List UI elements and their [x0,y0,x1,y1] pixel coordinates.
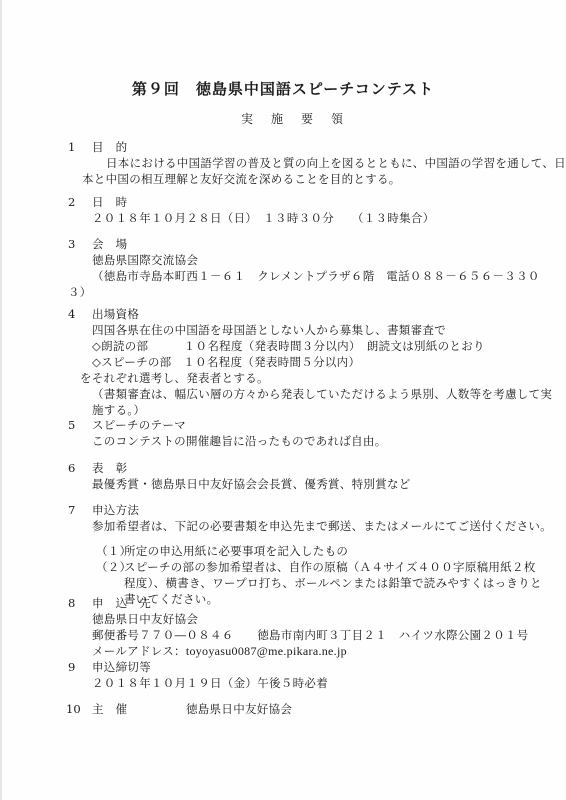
section-text: （徳島市寺島本町西１－６１ クレメントプラザ６階 電話０８８－６５６－３３０ [92,269,540,283]
section-heading: スピーチのテーマ [92,418,186,432]
section-heading: 主 催 [92,702,127,716]
document-title: 第９回 徳島県中国語スピーチコンテスト [0,78,566,99]
section-number: 7 [68,503,75,517]
section-text: ２０１８年１０月１９日（金）午後５時必着 [92,676,328,690]
section-number: 9 [68,660,75,674]
section-number: 8 [68,596,75,610]
section-number: 10 [66,702,81,716]
section-heading: 表 彰 [92,461,127,475]
section-number: 2 [68,195,75,209]
section-text: をそれぞれ選考し、発表者とする。 [80,371,269,385]
section-heading: 申 込 先 [92,596,151,610]
email-address[interactable]: toyoyasu0087@me.pikara.ne.jp [186,644,347,658]
item-text: スピーチの部の参加希望者は、自作の原稿（Ａ４サイズ４００字原稿用紙２枚 [124,560,536,574]
organizer-name: 徳島県日中友好協会 [186,702,292,716]
section-text: ２０１８年１０月２８日（日） １３時３０分 （１３時集合） [92,211,435,225]
section-number: 6 [68,461,75,475]
section-text: 施する。） [92,403,145,417]
section-heading: 申込締切等 [92,660,151,674]
section-text: 日本における中国語学習の普及と質の向上を図るとともに、中国語の学習を通して、日 [106,156,566,170]
item-text: 所定の申込用紙に必要事項を記入したもの [124,544,348,558]
section-number: 3 [68,237,75,251]
section-text: 徳島県日中友好協会 [92,612,198,626]
section-text: 四国各県在住の中国語を母国語としない人から募集し、書類審査で [92,323,446,337]
section-number: 4 [68,307,75,321]
section-heading: 日 時 [92,195,127,209]
section-text: 本と中国の相互理解と友好交流を深めることを目的とする。 [82,172,401,186]
section-text: ◇朗読の部 １０名程度（発表時間３分以内） 朗読文は別紙のとおり [92,339,485,353]
section-number: 5 [68,418,75,432]
section-text: このコンテストの開催趣旨に沿ったものであれば自由。 [92,434,387,448]
section-text: ３） [68,285,92,299]
section-text: ◇スピーチの部 １０名程度（発表時間５分以内） [92,355,360,369]
document-page: 第９回 徳島県中国語スピーチコンテスト 実施要領 1 目 的 日本における中国語… [0,0,566,800]
section-heading: 会 場 [92,237,127,251]
section-heading: 目 的 [92,140,127,154]
section-number: 1 [68,140,75,154]
section-text: （書類審査は、幅広い層の方々から発表していただけるよう県別、人数等を考慮して実 [92,387,552,401]
item-text: 程度）、横書き、ワープロ打ち、ボールペンまたは鉛筆で読みやすくはっきりと [124,576,542,590]
section-heading: 申込方法 [92,503,139,517]
email-label: メールアドレス： [92,644,186,658]
section-text: 最優秀賞・徳島県日中友好協会会長賞、優秀賞、特別賞など [92,477,411,491]
document-subtitle: 実施要領 [0,110,566,127]
section-text: 徳島県国際交流協会 [92,253,198,267]
email-line: メールアドレス：toyoyasu0087@me.pikara.ne.jp [92,644,347,658]
section-heading: 出場資格 [92,307,139,321]
section-text: 参加希望者は、下記の必要書類を申込先まで郵送、またはメールにてご送付ください。 [92,519,552,533]
section-text: 郵便番号７７０―０８４６ 徳島市南内町３丁目２１ ハイツ水際公園２０１号 [92,628,529,642]
